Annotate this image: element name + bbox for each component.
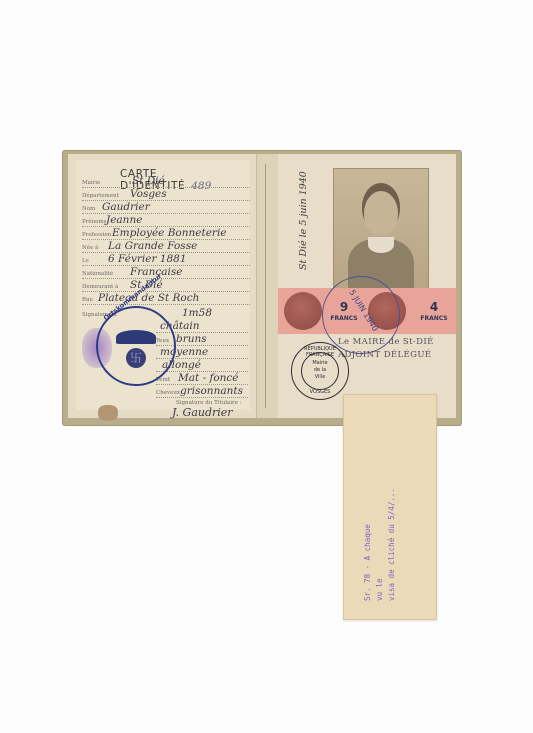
mayor-line-2: ADJOINT DÉLÉGUÉ xyxy=(338,349,434,362)
field-prenoms: PrénomsJeanne xyxy=(82,213,250,227)
field-value: Mat - foncé xyxy=(178,372,239,384)
field-label: Le xyxy=(82,258,89,264)
field-value: Jeanne xyxy=(106,214,142,226)
field-value: St Dié xyxy=(132,175,165,187)
field-label: Nom xyxy=(82,206,95,212)
field-value: Plateau de St Roch xyxy=(98,292,199,304)
right-page: St Dié le 5 juin 1940 9 FRANCS 4 FRANCS … xyxy=(278,154,456,418)
wreath-emblem-icon: 卐 xyxy=(126,348,146,368)
holder-photo xyxy=(333,168,429,290)
republique-seal: RÉPUBLIQUE FRANÇAISE Mairie de la Ville … xyxy=(291,342,349,400)
field-label: Nationalité xyxy=(82,271,113,277)
sig-hair: Cheveuxgrisonnants xyxy=(156,384,248,398)
field-nee-a: Née àLa Grande Fosse xyxy=(82,239,250,253)
field-label: Née à xyxy=(82,245,98,251)
field-nom: NomGaudrier xyxy=(82,200,250,214)
seal-center-3: Ville xyxy=(292,374,348,380)
field-label: Département xyxy=(82,193,119,199)
strip-line: vu le xyxy=(374,421,386,601)
field-value: Employée Bonneterie xyxy=(112,227,227,239)
issued-date: St Dié le 5 juin 1940 xyxy=(298,171,309,270)
seal-center-1: Mairie xyxy=(292,360,348,366)
field-value: La Grande Fosse xyxy=(108,240,197,252)
holder-signature: J. Gaudrier xyxy=(172,406,233,419)
field-value: grisonnants xyxy=(180,385,243,397)
attached-paper-strip: Sr. 78 - A chaque vu le visa de cliché d… xyxy=(343,394,437,620)
field-value: Gaudrier xyxy=(102,201,150,213)
eagle-icon xyxy=(116,330,156,344)
form-panel: CARTE D'IDENTITÉ489 MairieSt Dié Départe… xyxy=(76,160,250,410)
field-departement: DépartementVosges xyxy=(82,187,250,201)
field-label: Cheveux xyxy=(156,390,180,396)
photo-collar xyxy=(368,237,394,253)
left-page: CARTE D'IDENTITÉ489 MairieSt Dié Départe… xyxy=(68,154,256,418)
height-value: 1m58 xyxy=(182,307,212,319)
field-nationalite: NationalitéFrançaise xyxy=(82,265,250,279)
field-label: Mairie xyxy=(82,180,100,186)
field-label: Demeurant à xyxy=(82,284,118,290)
field-value: 6 Février 1881 xyxy=(108,253,187,265)
field-label: Profession xyxy=(82,232,111,238)
mayor-line-1: Le MAIRE de St-DIÉ xyxy=(338,336,434,349)
stamp-value: 4 xyxy=(414,300,454,314)
marianne-medal-icon xyxy=(284,292,322,330)
field-demeurant: Demeurant àSt Dié xyxy=(82,278,250,292)
photo-figure-head xyxy=(364,191,398,235)
mayor-stamp: Le MAIRE de St-DIÉ ADJOINT DÉLÉGUÉ xyxy=(338,336,434,362)
field-le: Le6 Février 1881 xyxy=(82,252,250,266)
strip-line: visa de cliché du 5/4/... xyxy=(386,421,398,601)
typed-note: Sr. 78 - A chaque vu le visa de cliché d… xyxy=(362,421,422,601)
stamp-unit: FRANCS xyxy=(414,315,454,322)
field-label: Rue xyxy=(82,297,93,303)
paper-damage xyxy=(98,405,118,421)
field-rue: RuePlateau de St Roch xyxy=(82,291,250,305)
field-value: bruns xyxy=(176,333,207,345)
card-spine xyxy=(256,154,280,418)
field-label: Prénoms xyxy=(82,219,106,225)
sig-complexion: TeintMat - foncé xyxy=(156,371,248,385)
seal-center-2: de la xyxy=(292,367,348,373)
field-mairie: MairieSt Dié xyxy=(82,174,250,188)
ortskommandantur-seal: Ortskommandantur 卐 xyxy=(96,306,176,386)
seal-bottom-text: VOSGES xyxy=(292,389,348,395)
identity-card: CARTE D'IDENTITÉ489 MairieSt Dié Départe… xyxy=(62,150,462,426)
field-value: Vosges xyxy=(130,188,167,200)
strip-line: Sr. 78 - A chaque xyxy=(362,421,374,601)
field-profession: ProfessionEmployée Bonneterie xyxy=(82,226,250,240)
